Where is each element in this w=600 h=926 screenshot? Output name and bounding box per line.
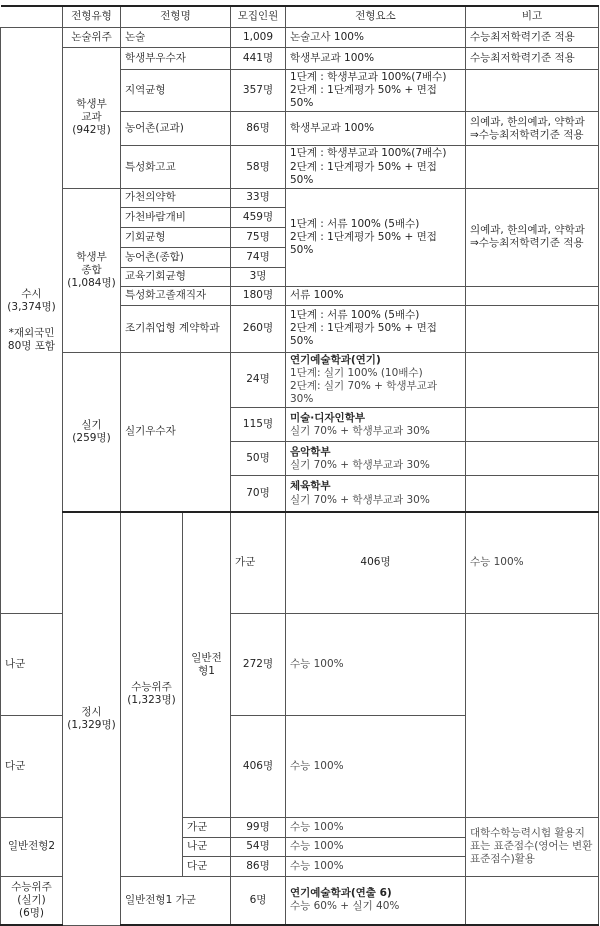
row-elements: 1단계 : 서류 100% (5배수) 2단계 : 1단계평가 50% + 면접… (286, 305, 466, 352)
row-elements: 1단계 : 학생부교과 100%(7배수) 2단계 : 1단계평가 50% + … (286, 70, 466, 112)
row-group: 나군 (1, 614, 63, 660)
row-count: 441명 (231, 48, 286, 70)
dept-name: 음악학부 (290, 446, 461, 459)
row-count: 406명 (286, 512, 466, 614)
row-elements: 서류 100% (286, 286, 466, 305)
row-remark (466, 70, 599, 112)
header-remark: 비고 (466, 6, 599, 28)
susi-note-line1: *재외국민 (5, 327, 58, 340)
elements-line: 1단계 : 서류 100% (5배수) (290, 218, 461, 231)
row-remark (466, 352, 599, 408)
row-count: 24명 (231, 352, 286, 408)
record-comprehensive-total: (1,084명) (67, 277, 116, 290)
row-count: 357명 (231, 70, 286, 112)
table-row: 정시 (1,329명) 수능위주 (1,323명) 일반전형1 가군 406명 … (1, 512, 599, 614)
row-count: 86명 (231, 112, 286, 146)
general1-name: 일반전형1 (183, 512, 231, 660)
row-count: 272명 (231, 614, 286, 660)
dept-name: 체육학부 (290, 480, 461, 493)
row-remark: 수능최저학력기준 적용 (466, 48, 599, 70)
practical-type-line1: 실기 (67, 419, 116, 432)
row-elements: 체육학부 실기 70% + 학생부교과 30% (286, 476, 466, 512)
row-remark (466, 476, 599, 512)
row-count: 260명 (231, 305, 286, 352)
admission-table: 전형유형 전형명 모집인원 전형요소 비고 수시 (3,374명) *재외국민 … (0, 5, 599, 660)
susi-note-line2: 80명 포함 (5, 340, 58, 353)
elements-line: 2단계 : 1단계평가 50% + 면접 50% (290, 161, 461, 187)
susi-label: 수시 (5, 288, 58, 301)
row-name: 가천바람개비 (121, 207, 231, 227)
row-remark: 의예과, 한의예과, 약학과 ⇒수능최저학력기준 적용 (466, 112, 599, 146)
remark-line: ⇒수능최저학력기준 적용 (470, 129, 594, 142)
essay-remark: 수능최저학력기준 적용 (466, 28, 599, 48)
row-name: 학생부우수자 (121, 48, 231, 70)
row-name: 지역균형 (121, 70, 231, 112)
elements-line: 2단계 : 1단계평가 50% + 면접 50% (290, 84, 461, 110)
row-count: 115명 (231, 408, 286, 442)
remark-line: 의예과, 한의예과, 약학과 (470, 224, 594, 237)
row-count: 33명 (231, 188, 286, 207)
record-subject-type: 학생부 교과 (942명) (63, 48, 121, 189)
row-name: 농어촌(종합) (121, 247, 231, 267)
row-elements: 1단계 : 학생부교과 100%(7배수) 2단계 : 1단계평가 50% + … (286, 146, 466, 188)
record-subject-type-line1: 학생부 (67, 98, 116, 111)
row-name: 기회균형 (121, 227, 231, 247)
row-count: 58명 (231, 146, 286, 188)
header-row: 전형유형 전형명 모집인원 전형요소 비고 (1, 6, 599, 28)
row-count: 3명 (231, 267, 286, 286)
elements-line: 1단계 : 서류 100% (5배수) (290, 309, 461, 322)
header-name: 전형명 (121, 6, 231, 28)
elements-line: 1단계 : 학생부교과 100%(7배수) (290, 147, 461, 160)
row-elements: 학생부교과 100% (286, 48, 466, 70)
row-remark (466, 286, 599, 305)
dept-name: 연기예술학과(연기) (290, 354, 461, 367)
susi-category-cell: 수시 (3,374명) *재외국민 80명 포함 (1, 28, 63, 614)
row-remark (466, 146, 599, 188)
remark-line: ⇒수능최저학력기준 적용 (470, 237, 594, 250)
practical-name: 실기우수자 (121, 352, 231, 512)
table-row: 학생부 교과 (942명) 학생부우수자 441명 학생부교과 100% 수능최… (1, 48, 599, 70)
row-elements: 수능 100% (466, 512, 599, 614)
record-subject-type-line2: 교과 (67, 111, 116, 124)
row-count: 70명 (231, 476, 286, 512)
elements-line: 2단계: 실기 70% + 학생부교과 30% (290, 380, 461, 406)
row-count: 75명 (231, 227, 286, 247)
record-subject-total: (942명) (67, 124, 116, 137)
remark-line: 의예과, 한의예과, 약학과 (470, 116, 594, 129)
table-row: 학생부 종합 (1,084명) 가천의약학 33명 1단계 : 서류 100% … (1, 188, 599, 207)
row-name: 특성화고졸재직자 (121, 286, 231, 305)
row-elements: 음악학부 실기 70% + 학생부교과 30% (286, 442, 466, 476)
row-group: 가군 (231, 512, 286, 614)
elements-line: 실기 70% + 학생부교과 30% (290, 494, 461, 507)
elements-line: 2단계 : 1단계평가 50% + 면접 50% (290, 322, 461, 348)
practical-type: 실기 (259명) (63, 352, 121, 512)
record-comprehensive-type-line2: 종합 (67, 264, 116, 277)
elements-line: 1단계: 실기 100% (10배수) (290, 367, 461, 380)
csat-type: 수능위주 (1,323명) (121, 512, 183, 660)
group-elements: 1단계 : 서류 100% (5배수) 2단계 : 1단계평가 50% + 면접… (286, 188, 466, 286)
row-elements: 연기예술학과(연기) 1단계: 실기 100% (10배수) 2단계: 실기 7… (286, 352, 466, 408)
row-remark (466, 442, 599, 476)
susi-total: (3,374명) (5, 301, 58, 314)
header-type: 전형유형 (63, 6, 121, 28)
essay-count: 1,009 (231, 28, 286, 48)
header-elements: 전형요소 (286, 6, 466, 28)
essay-name: 논술 (121, 28, 231, 48)
practical-total: (259명) (67, 432, 116, 445)
elements-line: 실기 70% + 학생부교과 30% (290, 459, 461, 472)
row-name: 농어촌(교과) (121, 112, 231, 146)
row-name: 특성화고교 (121, 146, 231, 188)
row-count: 74명 (231, 247, 286, 267)
row-remark (466, 408, 599, 442)
dept-name: 미술·디자인학부 (290, 412, 461, 425)
essay-elements: 논술고사 100% (286, 28, 466, 48)
essay-type: 논술위주 (63, 28, 121, 48)
table-row: 실기 (259명) 실기우수자 24명 연기예술학과(연기) 1단계: 실기 1… (1, 352, 599, 408)
row-name: 교육기회균형 (121, 267, 231, 286)
elements-line: 실기 70% + 학생부교과 30% (290, 425, 461, 438)
record-comprehensive-type-line1: 학생부 (67, 251, 116, 264)
elements-line: 1단계 : 학생부교과 100%(7배수) (290, 71, 461, 84)
header-blank (1, 6, 63, 28)
row-name: 가천의약학 (121, 188, 231, 207)
row-count: 459명 (231, 207, 286, 227)
record-comprehensive-type: 학생부 종합 (1,084명) (63, 188, 121, 352)
row-name: 조기취업형 계약학과 (121, 305, 231, 352)
table-row: 수시 (3,374명) *재외국민 80명 포함 논술위주 논술 1,009 논… (1, 28, 599, 48)
row-count: 180명 (231, 286, 286, 305)
row-elements: 수능 100% (286, 614, 466, 660)
row-elements: 미술·디자인학부 실기 70% + 학생부교과 30% (286, 408, 466, 442)
row-count: 50명 (231, 442, 286, 476)
group-remark: 의예과, 한의예과, 약학과 ⇒수능최저학력기준 적용 (466, 188, 599, 286)
row-remark (466, 305, 599, 352)
header-count: 모집인원 (231, 6, 286, 28)
row-elements: 학생부교과 100% (286, 112, 466, 146)
elements-line: 2단계 : 1단계평가 50% + 면접 50% (290, 231, 461, 257)
jeongsi-category-cell: 정시 (1,329명) (63, 512, 121, 660)
